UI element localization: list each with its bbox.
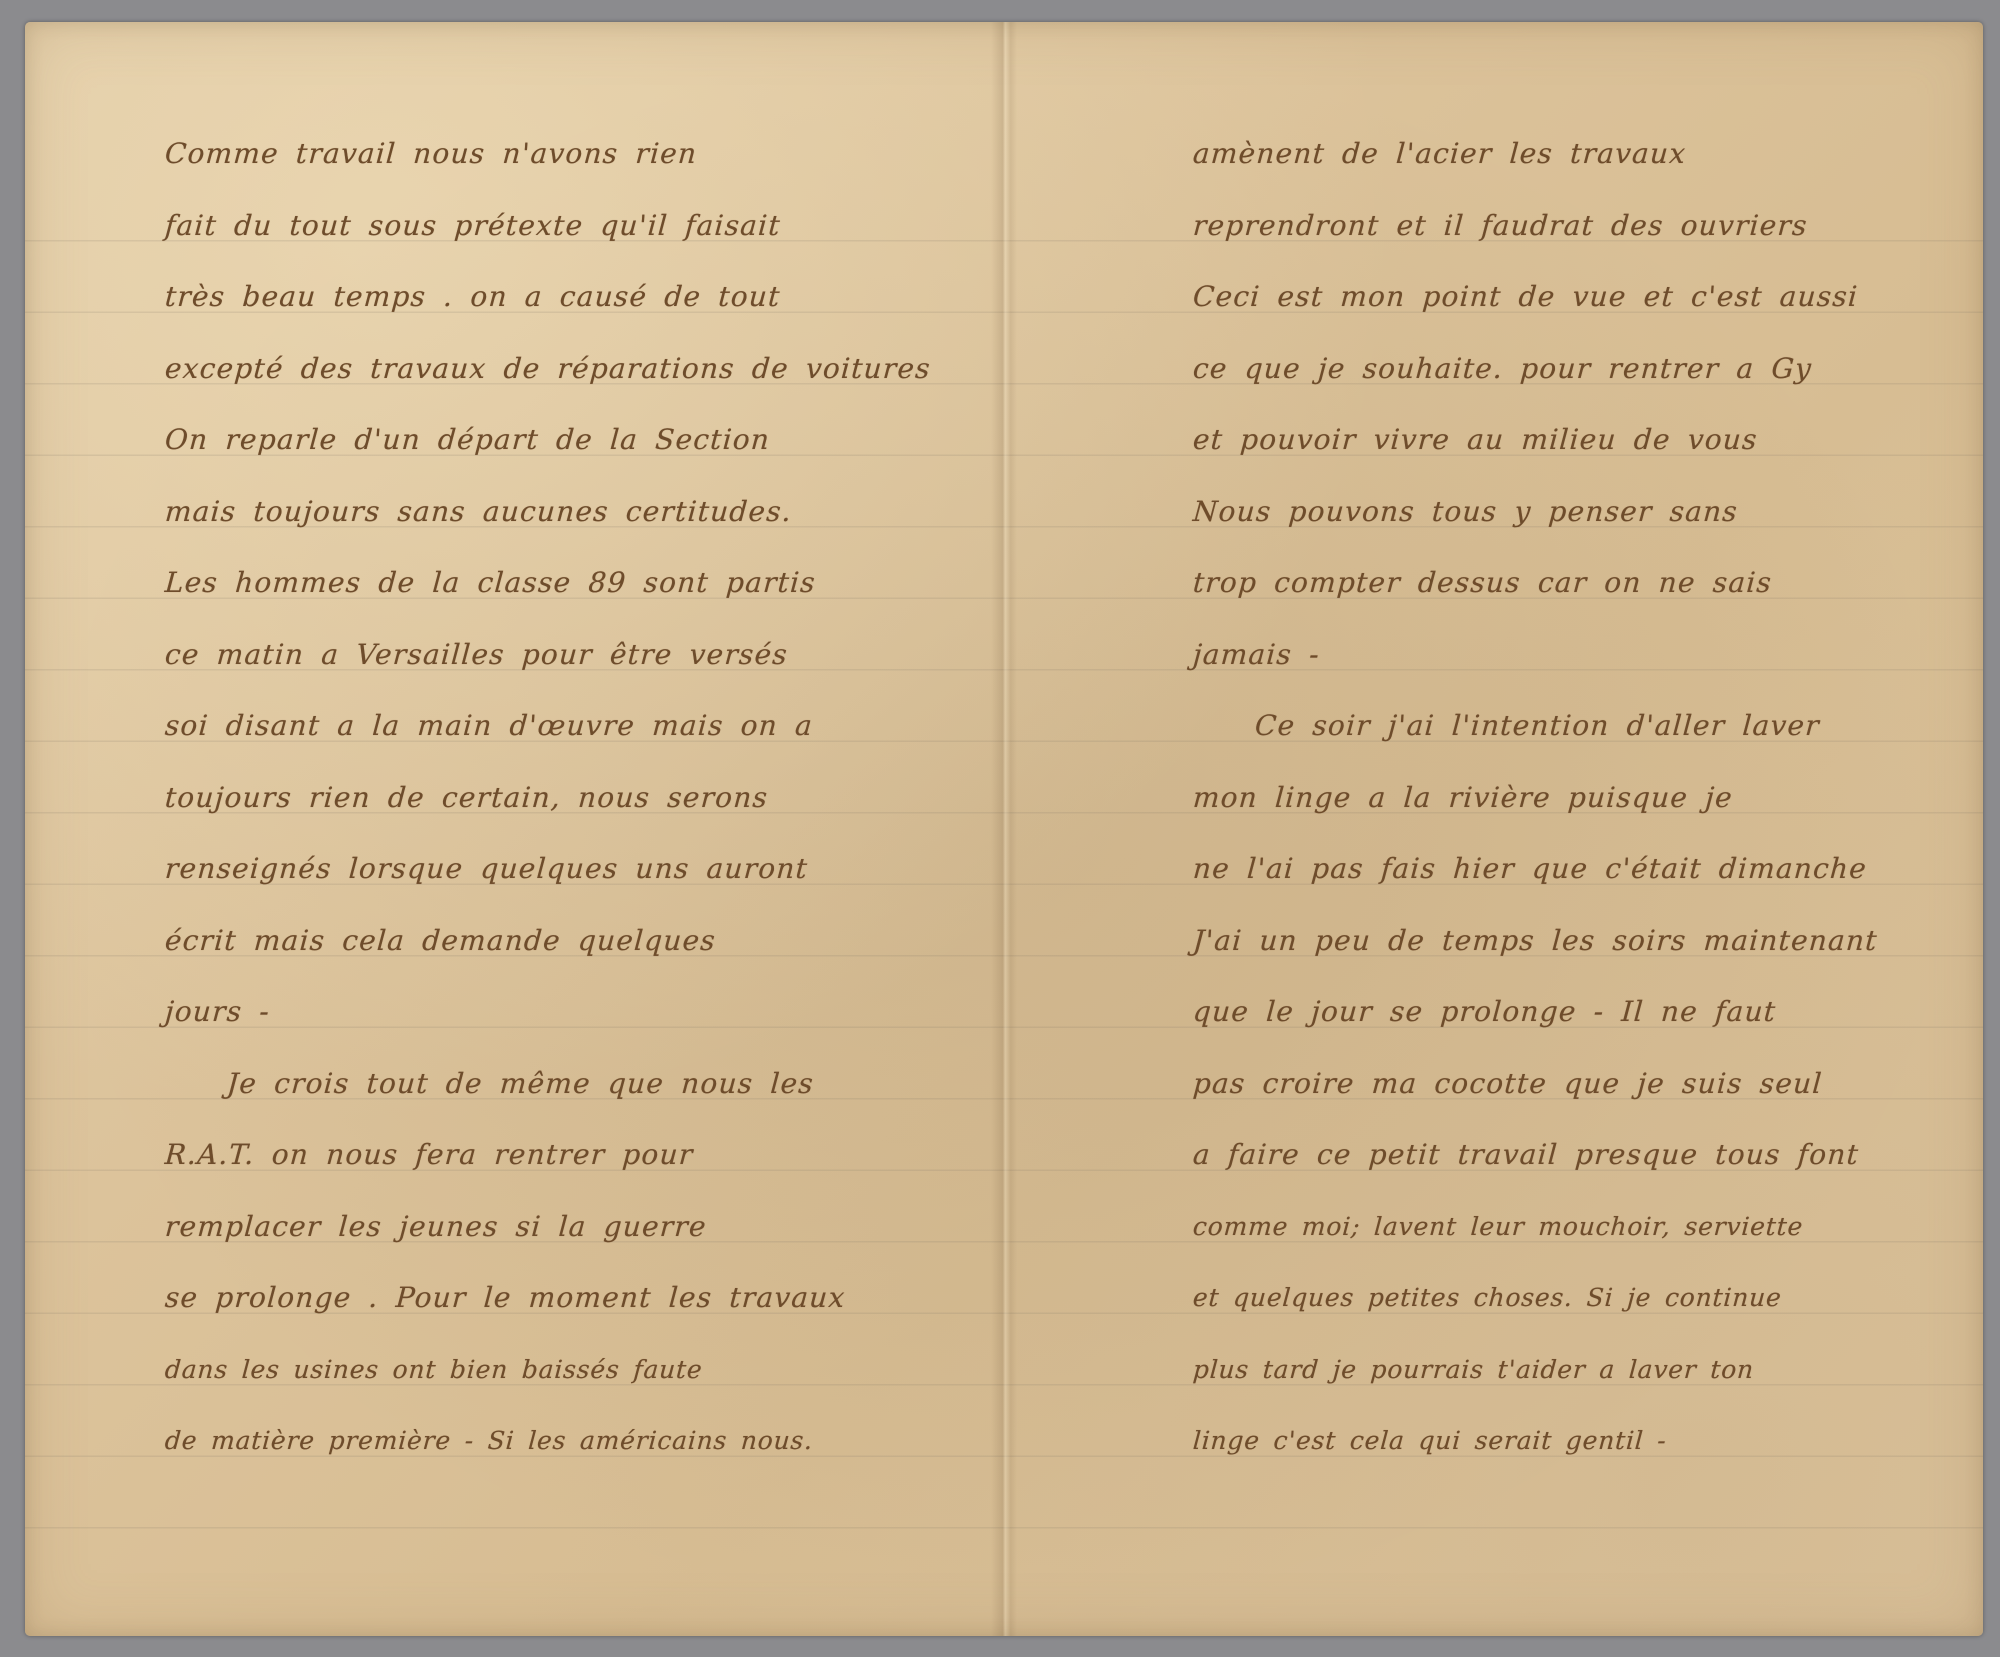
handwritten-line: mais toujours sans aucunes certitudes. xyxy=(163,476,858,548)
handwritten-line: soi disant a la main d'œuvre mais on a xyxy=(163,690,858,762)
handwritten-line: J'ai un peu de temps les soirs maintenan… xyxy=(1191,905,1936,977)
handwritten-line: pas croire ma cocotte que je suis seul xyxy=(1191,1048,1936,1120)
handwritten-line: ce matin a Versailles pour être versés xyxy=(163,619,858,691)
letter-sheet: Comme travail nous n'avons rien fait du … xyxy=(25,22,1983,1636)
handwritten-line: très beau temps . on a causé de tout xyxy=(163,261,858,333)
handwritten-line: comme moi; lavent leur mouchoir, serviet… xyxy=(1191,1191,1936,1263)
handwritten-line: et pouvoir vivre au milieu de vous xyxy=(1191,404,1936,476)
handwritten-line: a faire ce petit travail presque tous fo… xyxy=(1191,1119,1936,1191)
handwritten-line: jamais - xyxy=(1191,619,1936,691)
handwritten-line: se prolonge . Pour le moment les travaux xyxy=(163,1262,858,1334)
handwritten-line: dans les usines ont bien baissés faute xyxy=(163,1334,858,1406)
handwritten-line: Les hommes de la classe 89 sont partis xyxy=(163,547,858,619)
handwritten-line: toujours rien de certain, nous serons xyxy=(163,762,858,834)
handwritten-line: reprendront et il faudrat des ouvriers xyxy=(1191,190,1936,262)
handwritten-line: Je crois tout de même que nous les xyxy=(163,1048,858,1120)
handwritten-line: de matière première - Si les américains … xyxy=(163,1405,858,1477)
handwritten-line: Nous pouvons tous y penser sans xyxy=(1191,476,1936,548)
handwritten-line: Ceci est mon point de vue et c'est aussi xyxy=(1191,261,1936,333)
handwritten-line: mon linge a la rivière puisque je xyxy=(1191,762,1936,834)
handwritten-line: et quelques petites choses. Si je contin… xyxy=(1191,1262,1936,1334)
handwritten-line: Ce soir j'ai l'intention d'aller laver xyxy=(1191,690,1936,762)
handwritten-line: ne l'ai pas fais hier que c'était dimanc… xyxy=(1191,833,1936,905)
handwritten-line: jours - xyxy=(163,976,858,1048)
handwritten-line: On reparle d'un départ de la Section xyxy=(163,404,858,476)
letter-page-left: Comme travail nous n'avons rien fait du … xyxy=(165,118,855,1477)
letter-page-right: amènent de l'acier les travaux reprendro… xyxy=(1193,118,1933,1477)
handwritten-line: fait du tout sous prétexte qu'il faisait xyxy=(163,190,858,262)
handwritten-line: plus tard je pourrais t'aider a laver to… xyxy=(1191,1334,1936,1406)
handwritten-line: remplacer les jeunes si la guerre xyxy=(163,1191,858,1263)
handwritten-line: linge c'est cela qui serait gentil - xyxy=(1191,1405,1936,1477)
handwritten-line: que le jour se prolonge - Il ne faut xyxy=(1191,976,1936,1048)
handwritten-line: écrit mais cela demande quelques xyxy=(163,905,858,977)
handwritten-line: amènent de l'acier les travaux xyxy=(1191,118,1936,190)
handwritten-line: ce que je souhaite. pour rentrer a Gy xyxy=(1191,333,1936,405)
center-fold-crease xyxy=(991,22,1017,1636)
handwritten-line: excepté des travaux de réparations de vo… xyxy=(163,333,858,405)
handwritten-line: renseignés lorsque quelques uns auront xyxy=(163,833,858,905)
handwritten-line: Comme travail nous n'avons rien xyxy=(163,118,858,190)
handwritten-line: R.A.T. on nous fera rentrer pour xyxy=(163,1119,858,1191)
handwritten-line: trop compter dessus car on ne sais xyxy=(1191,547,1936,619)
